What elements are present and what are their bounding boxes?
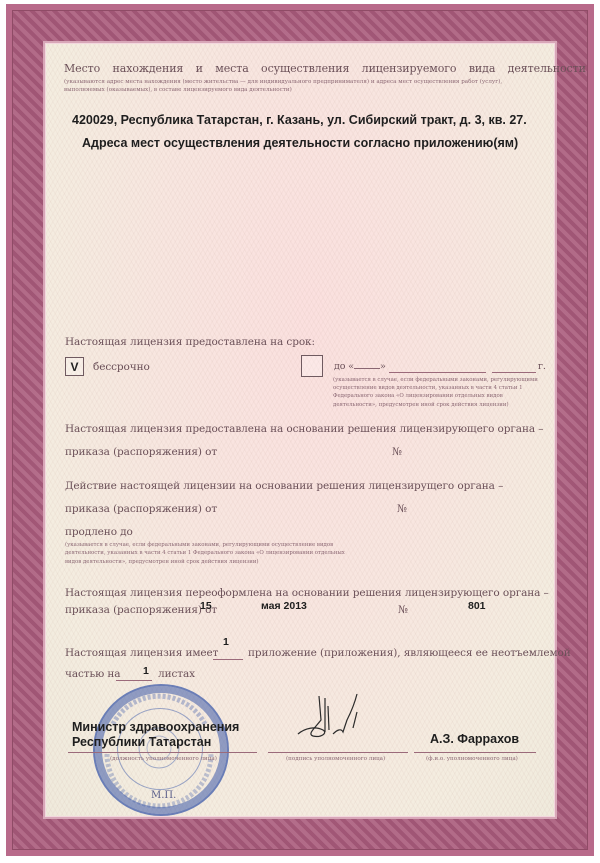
signature-caption: (подпись уполномоченного лица) [286, 755, 385, 763]
name-caption: (ф.и.о. уполномоченного лица) [426, 755, 518, 763]
appendix-count-blank [213, 659, 243, 660]
sheets-count: 1 [143, 665, 149, 677]
until-label: до «» [334, 361, 386, 372]
sheets-count-blank [116, 680, 152, 681]
license-address: 420029, Республика Татарстан, г. Казань,… [72, 113, 527, 127]
sheets-prefix: частью на [65, 668, 120, 680]
until-year-suffix: г. [538, 361, 546, 372]
appendix-suffix: приложение (приложения), являющееся ее н… [248, 647, 571, 659]
stamp-mark: М.П. [151, 790, 176, 801]
sheets-suffix: листах [158, 668, 195, 680]
extended-until-label: продлено до [65, 526, 133, 538]
until-day-blank [354, 368, 380, 369]
signature-line [268, 752, 408, 753]
basis-number-label: № [392, 446, 402, 458]
basis-line2: приказа (распоряжения) от [65, 446, 217, 458]
position-line [68, 752, 257, 753]
extension-note: (указывается в случае, если федеральными… [65, 541, 345, 566]
reissue-line1: Настоящая лицензия переоформлена на осно… [65, 587, 549, 599]
extension-number-label: № [397, 503, 407, 515]
reissue-number: 801 [468, 600, 486, 612]
extension-line2: приказа (распоряжения) от [65, 503, 217, 515]
unlimited-checkbox[interactable]: V [65, 357, 84, 376]
location-heading: Место нахождения и места осуществления л… [64, 62, 586, 75]
position-line1: Министр здравоохранения [72, 720, 239, 735]
official-stamp: М.П. [93, 684, 229, 816]
extension-line1: Действие настоящей лицензии на основании… [65, 480, 503, 492]
handwritten-signature [295, 690, 375, 750]
position-line2: Республики Татарстан [72, 735, 211, 750]
reissue-month-year: мая 2013 [261, 600, 307, 612]
term-heading: Настоящая лицензия предоставлена на срок… [65, 336, 315, 348]
activity-addresses: Адреса мест осуществления деятельности с… [82, 136, 518, 150]
reissue-number-label: № [398, 604, 408, 616]
reissue-day: 15 [200, 600, 212, 612]
until-note: (указывается в случае, если федеральными… [333, 376, 545, 409]
checkbox-mark: V [70, 360, 78, 374]
until-year-blank [492, 372, 536, 373]
signatory-name: А.З. Фаррахов [430, 732, 519, 746]
reissue-line2: приказа (распоряжения) от [65, 604, 217, 616]
appendix-prefix: Настоящая лицензия имеет [65, 647, 218, 659]
until-checkbox[interactable] [301, 355, 323, 377]
until-prefix: до « [334, 361, 354, 372]
name-line [414, 752, 536, 753]
position-caption: (должность уполномоченного лица) [110, 755, 217, 763]
location-note: (указываются адрес места нахождения (мес… [64, 78, 542, 95]
appendix-count: 1 [223, 636, 229, 648]
until-month-blank [389, 372, 486, 373]
unlimited-label: бессрочно [93, 361, 150, 373]
basis-line1: Настоящая лицензия предоставлена на осно… [65, 423, 543, 435]
until-mid: » [380, 361, 386, 372]
